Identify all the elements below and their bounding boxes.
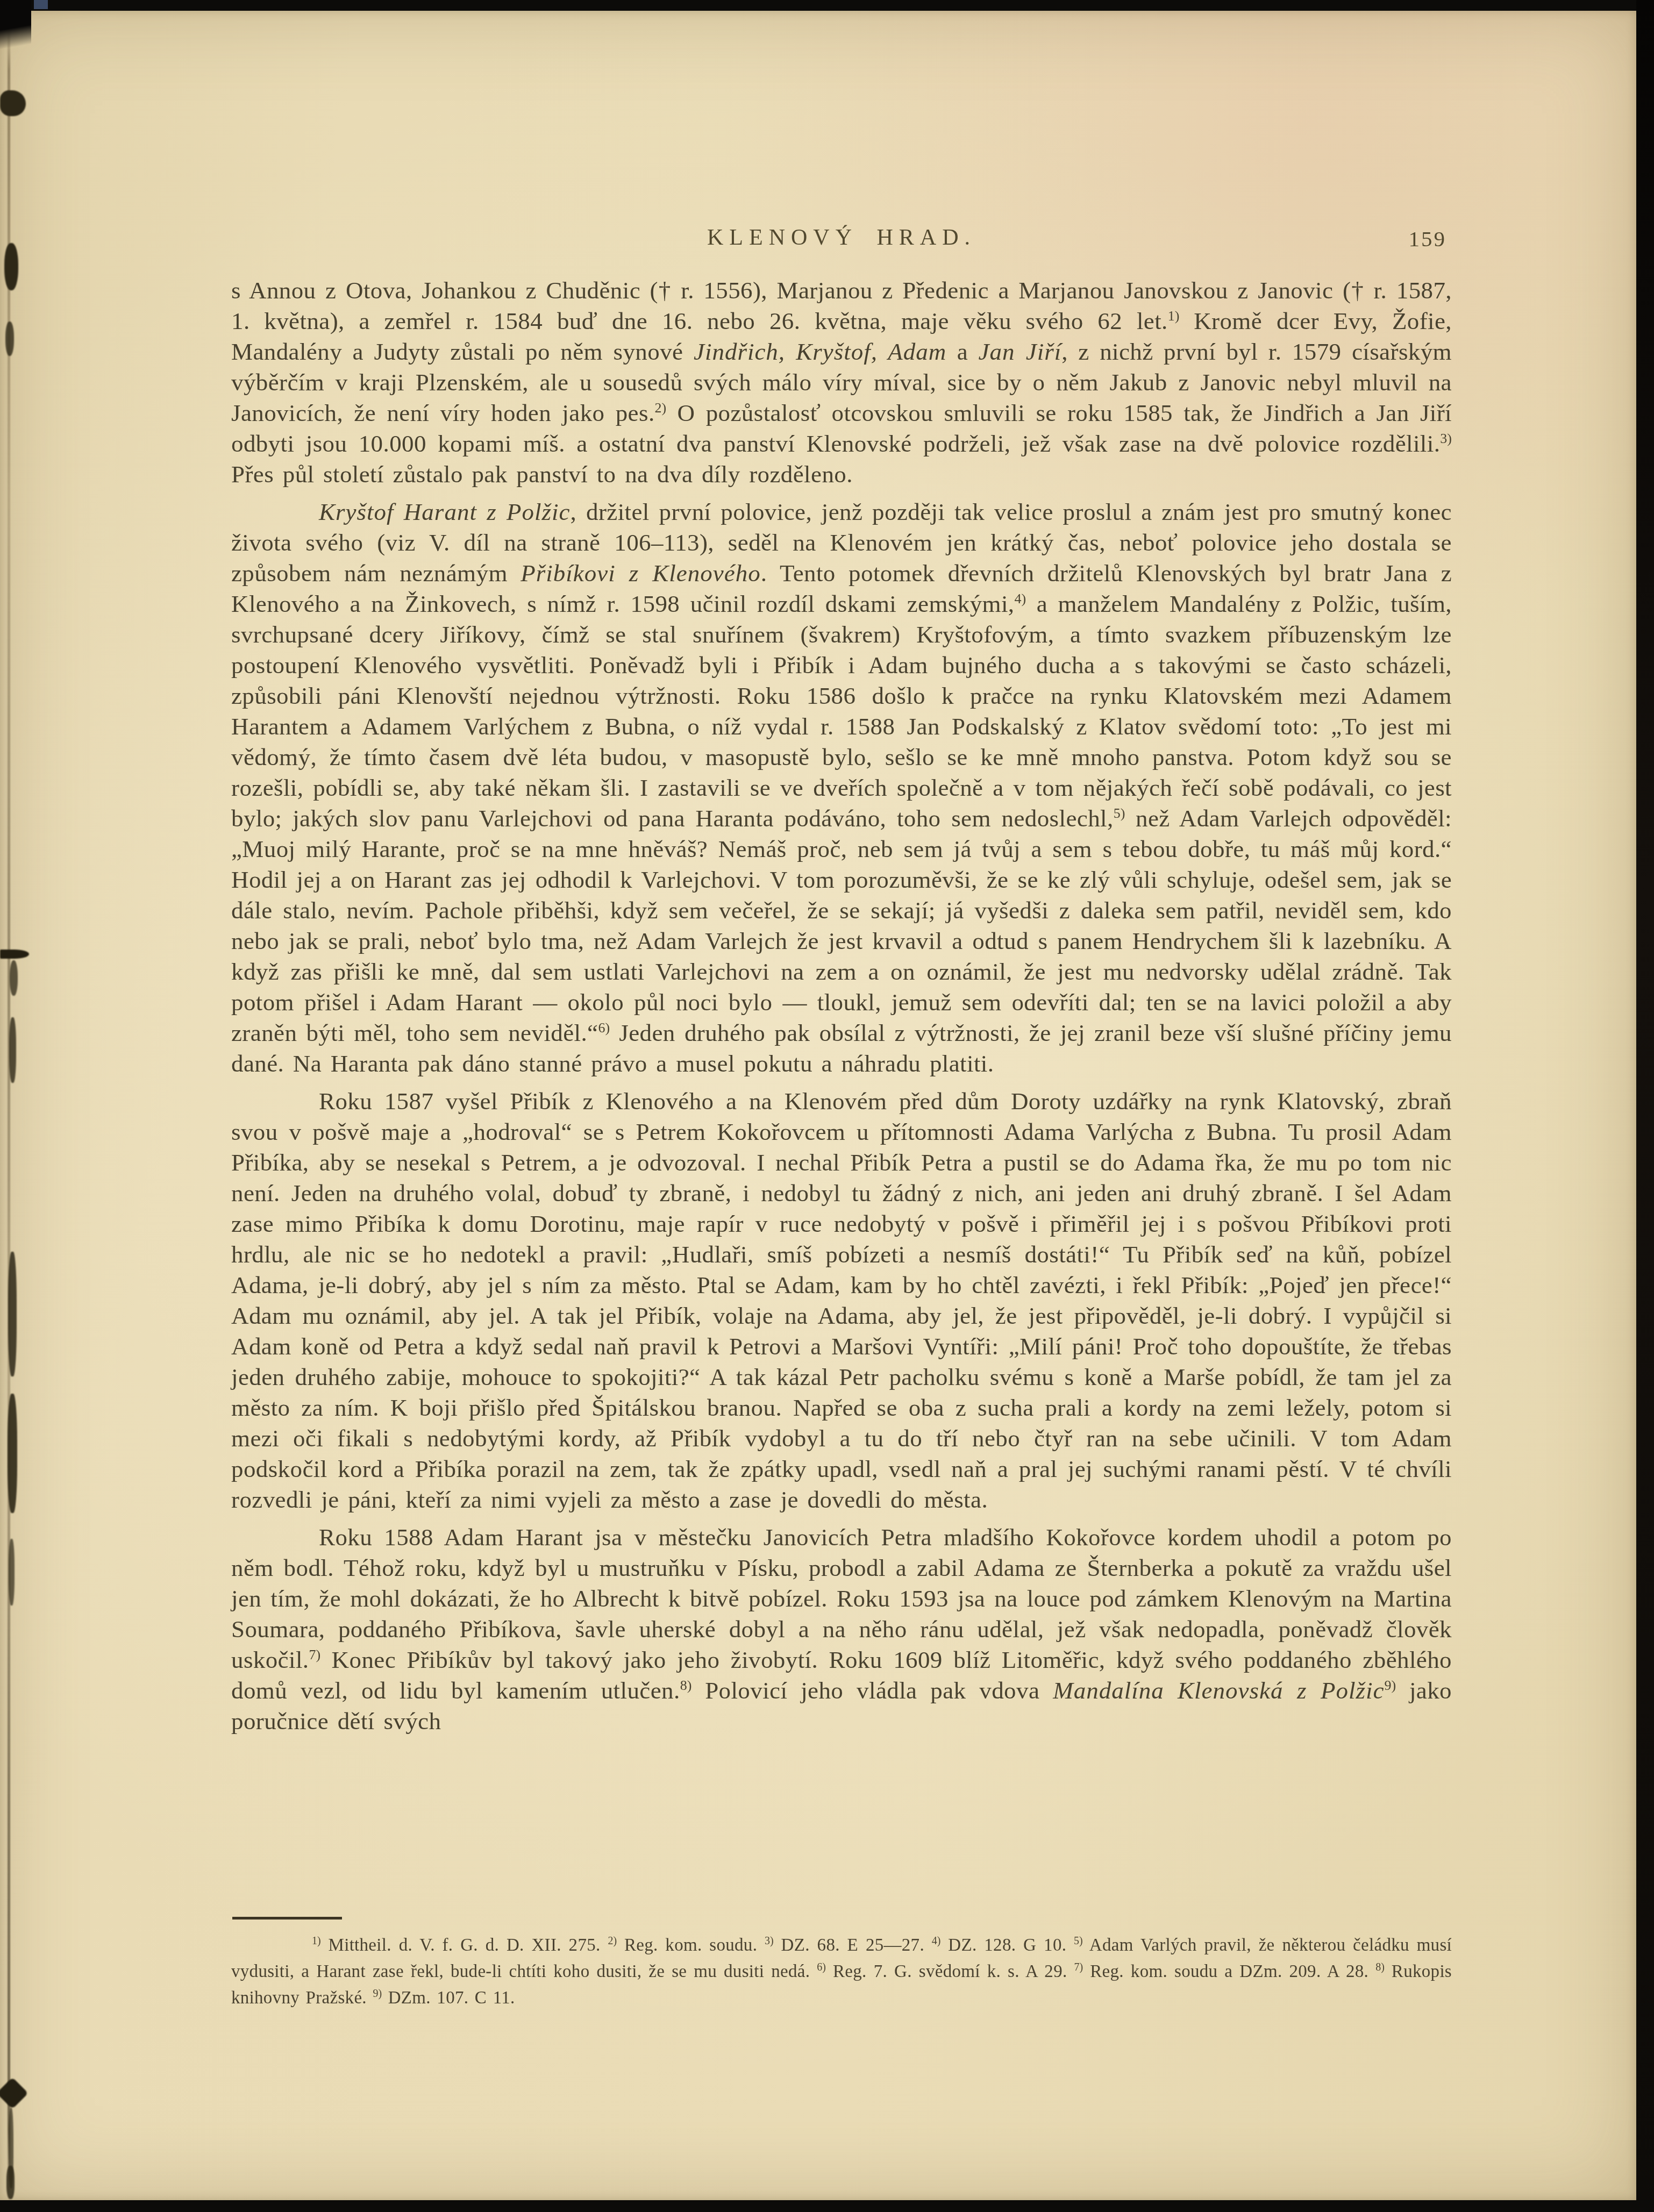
scan-edge-bottom	[0, 2200, 1654, 2212]
scanned-book-page: KLENOVÝ HRAD. 159 s Annou z Otova, Johan…	[0, 0, 1654, 2212]
binding-mark	[9, 1017, 16, 1083]
footnote-marker: 2)	[608, 1935, 617, 1947]
running-head: KLENOVÝ HRAD. 159	[231, 225, 1452, 257]
italic-text-run: Jindřich, Kryštof, Adam	[694, 338, 946, 365]
paragraph: Kryštof Harant z Polžic, držitel první p…	[231, 497, 1452, 1079]
footnote-marker: 4)	[1015, 591, 1026, 606]
text-run: DZm. 107. C 11.	[382, 1988, 515, 2008]
text-run: Polovicí jeho vládla pak vdova	[691, 1677, 1053, 1704]
text-run: DZ. 68. E 25—27.	[774, 1936, 932, 1955]
paragraph: Roku 1587 vyšel Přibík z Klenového a na …	[231, 1086, 1452, 1515]
binding-mark	[0, 950, 29, 959]
text-run: DZ. 128. G 10.	[940, 1936, 1074, 1955]
footnote-marker: 9)	[1384, 1678, 1396, 1693]
footnote-marker: 9)	[373, 1988, 382, 2000]
text-run: než Adam Varlejch odpověděl: „Muoj milý …	[231, 805, 1452, 1046]
footnote-marker: 5)	[1074, 1935, 1083, 1947]
footnote-marker: 8)	[680, 1678, 692, 1693]
text-run: Reg. kom. soudu.	[617, 1936, 765, 1955]
footnote-marker: 5)	[1114, 805, 1125, 821]
footnote-marker: 3)	[765, 1935, 774, 1947]
italic-text-run: Mandalína Klenovská z Polžic	[1053, 1677, 1384, 1704]
footnote-marker: 3)	[1440, 431, 1452, 446]
scan-edge-top	[0, 0, 1654, 11]
binding-mark	[9, 1539, 15, 1606]
binding-mark	[5, 322, 14, 356]
body-text: s Annou z Otova, Johankou z Chuděnic († …	[231, 275, 1452, 1744]
text-run: a manželem Mandalény z Polžic, tuším, sv…	[231, 590, 1452, 832]
footnote-separator-rule	[232, 1917, 342, 1920]
footnote-marker: 6)	[817, 1961, 826, 1973]
footnote-marker: 1)	[312, 1935, 321, 1947]
page-title: KLENOVÝ HRAD.	[231, 225, 1452, 251]
binding-mark	[6, 2166, 15, 2199]
binding-mark	[8, 1252, 17, 1376]
footnote-marker: 8)	[1375, 1961, 1385, 1973]
scan-edge-right	[1636, 0, 1654, 2212]
italic-text-run: Jan Jiří	[979, 338, 1062, 365]
scan-artifact-mark	[34, 0, 48, 9]
footnote-marker: 1)	[1168, 308, 1180, 324]
text-run: Přes půl století zůstalo pak panství to …	[231, 461, 853, 488]
page-number: 159	[1409, 226, 1447, 252]
text-run: Mittheil. d. V. f. G. d. D. XII. 275.	[321, 1936, 608, 1955]
binding-mark	[4, 243, 18, 290]
text-run: a	[946, 338, 978, 365]
text-run: Reg. 7. G. svědomí k. s. A 29.	[826, 1962, 1074, 1981]
paragraph: Roku 1588 Adam Harant jsa v městečku Jan…	[231, 1522, 1452, 1737]
binding-mark	[10, 960, 18, 996]
binding-mark	[8, 1394, 17, 1513]
italic-text-run: Kryštof Harant z Polžic	[319, 498, 571, 525]
footnote-marker: 4)	[932, 1935, 941, 1947]
paragraph: s Annou z Otova, Johankou z Chuděnic († …	[231, 275, 1452, 490]
binding-mark	[0, 90, 26, 116]
footnote-marker: 7)	[309, 1647, 320, 1662]
footnote-marker: 6)	[598, 1020, 610, 1036]
italic-text-run: Přibíkovi z Klenového	[521, 560, 760, 587]
text-run: Roku 1587 vyšel Přibík z Klenového a na …	[231, 1088, 1452, 1513]
scan-corner-shadow	[0, 0, 31, 49]
footnotes: 1) Mittheil. d. V. f. G. d. D. XII. 275.…	[231, 1932, 1452, 2011]
text-run: Reg. kom. soudu a DZm. 209. A 28.	[1083, 1962, 1375, 1981]
footnote-marker: 7)	[1074, 1961, 1083, 1973]
footnote-marker: 2)	[655, 400, 667, 416]
